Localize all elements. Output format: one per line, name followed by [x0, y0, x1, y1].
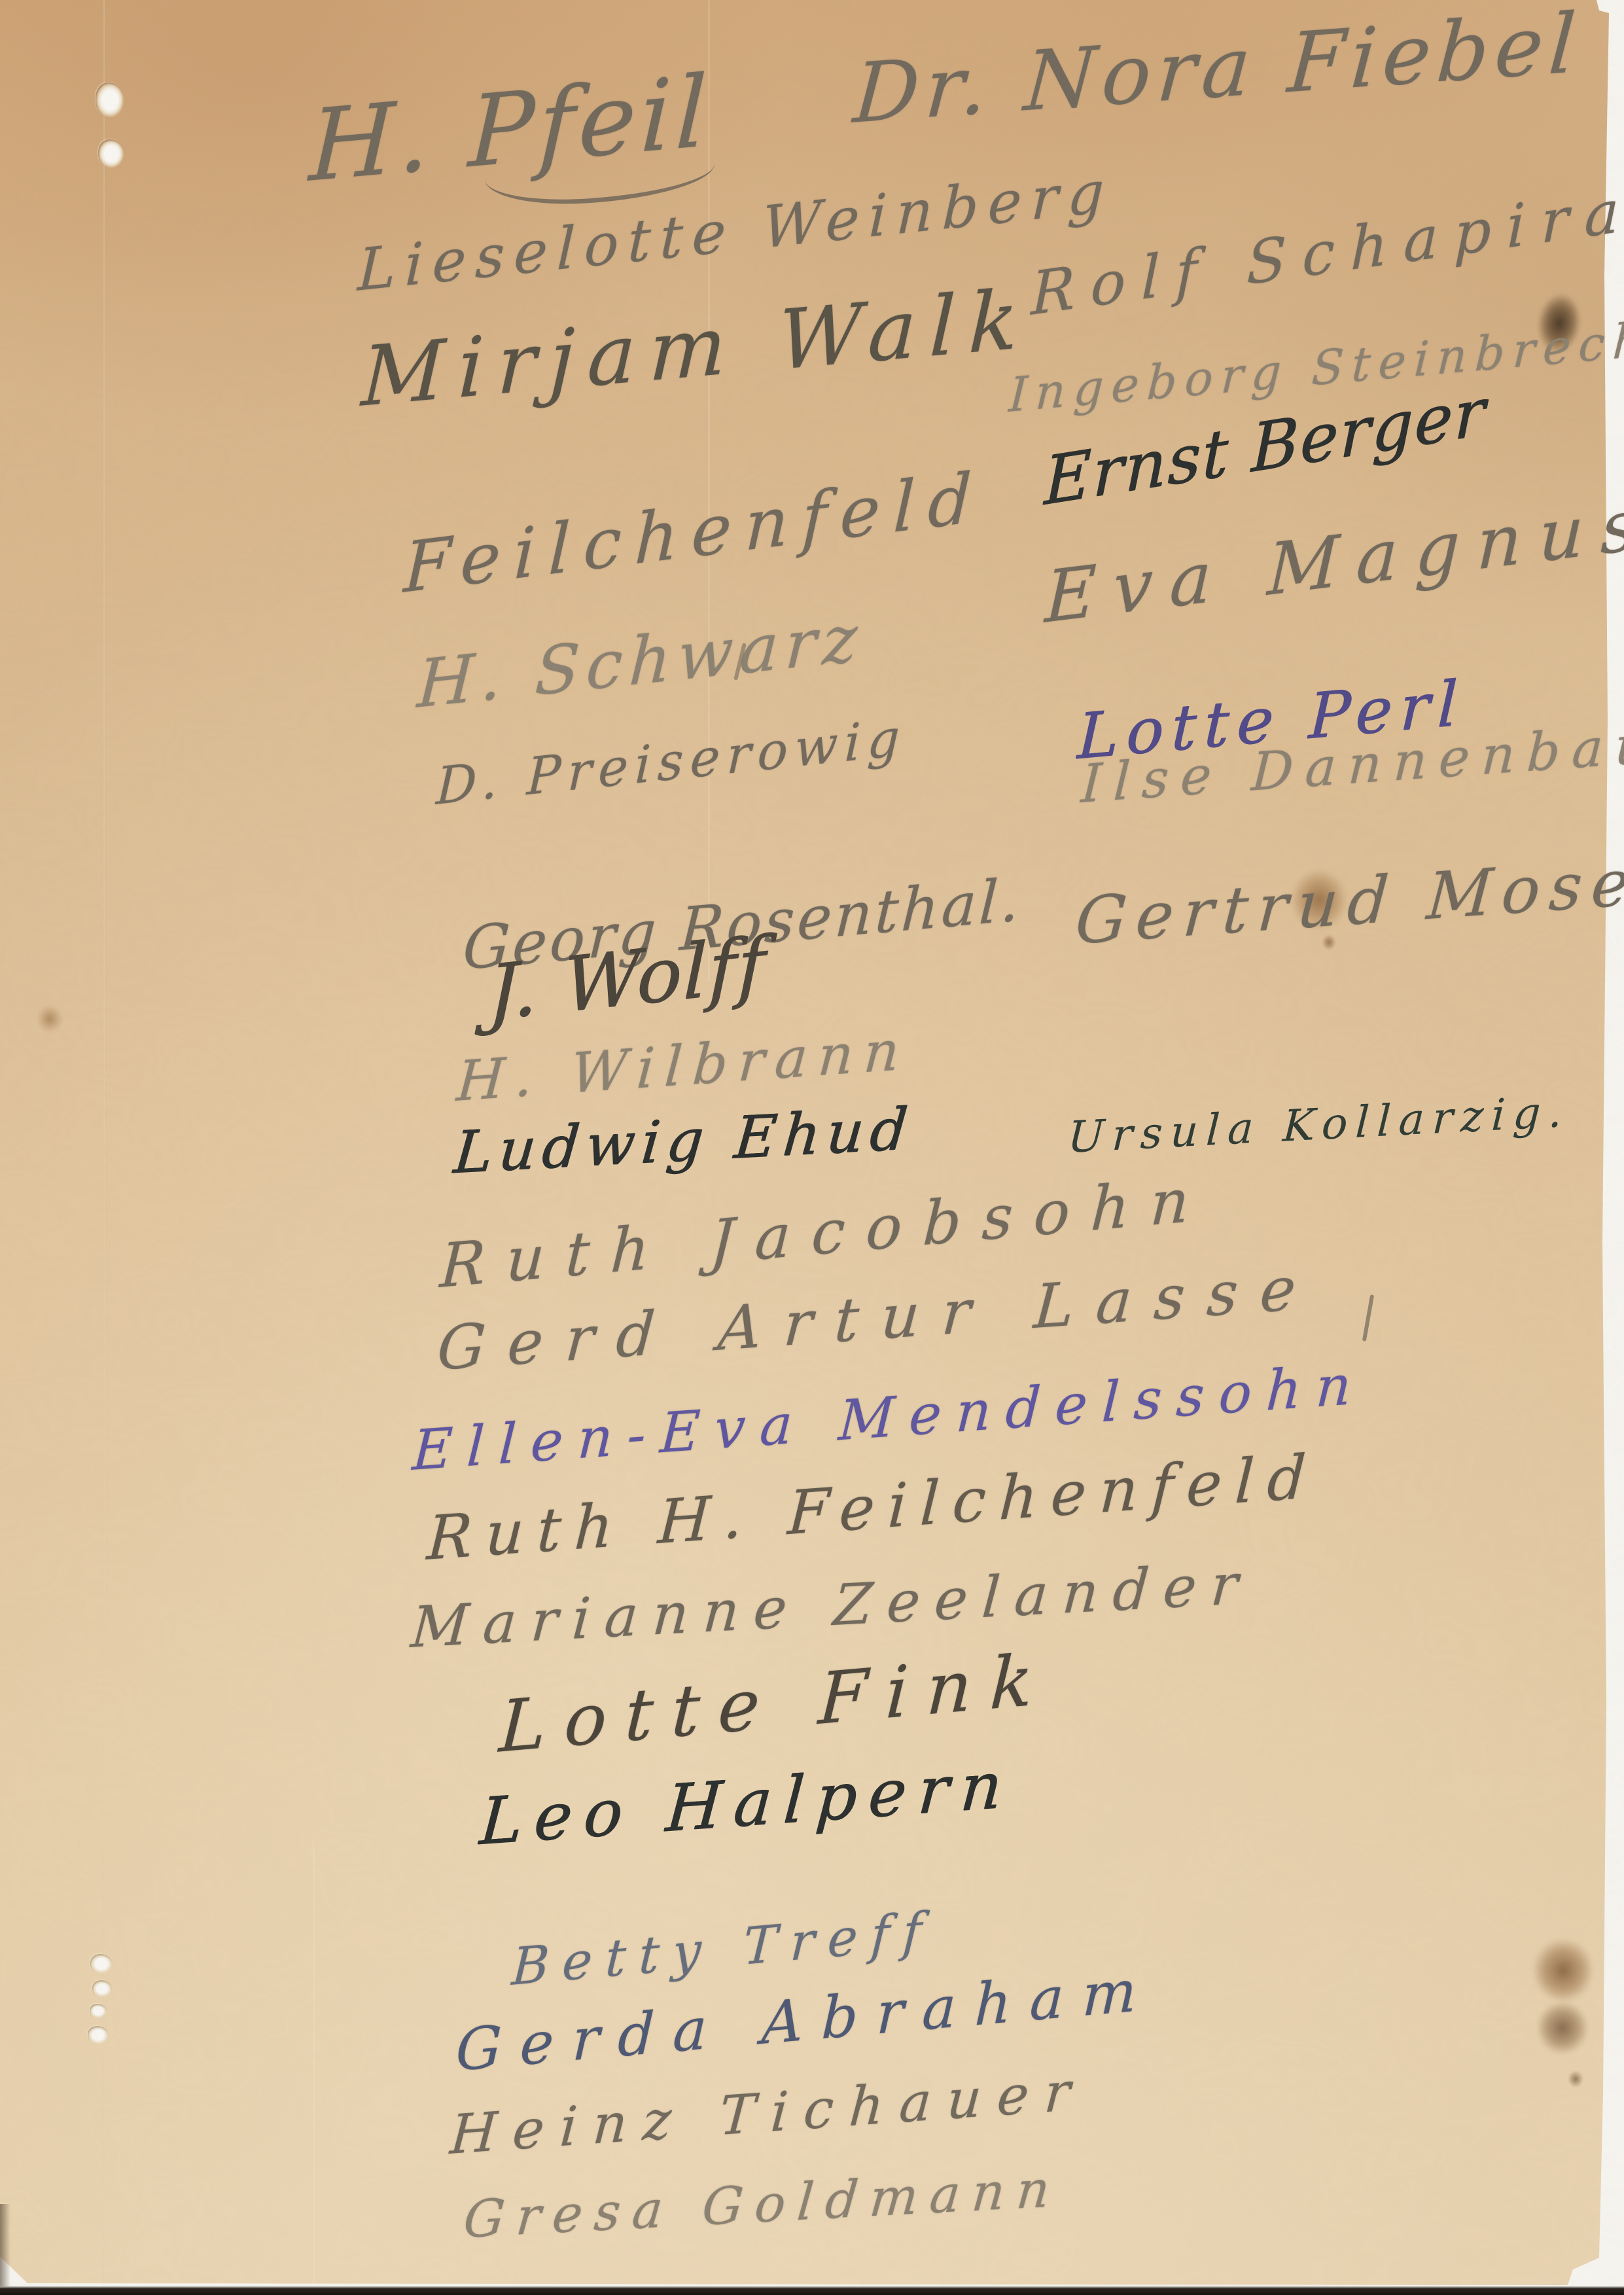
- scanned-signature-page: { "ink_colors": { "pencil": "#6f675b", "…: [0, 0, 1624, 2295]
- paper-hole: [90, 1954, 113, 1974]
- paper-hole: [88, 2026, 109, 2044]
- paper-hole: [96, 82, 124, 118]
- scan-edge-strip: [0, 2286, 1624, 2295]
- page: H. Pfeil Dr. Nora Fiebel Lieselotte Wein…: [0, 0, 1624, 2295]
- paper-hole: [90, 2004, 107, 2018]
- paper-hole: [92, 1980, 112, 1997]
- torn-corner-shadow: [0, 2204, 10, 2286]
- paper-hole: [98, 139, 124, 168]
